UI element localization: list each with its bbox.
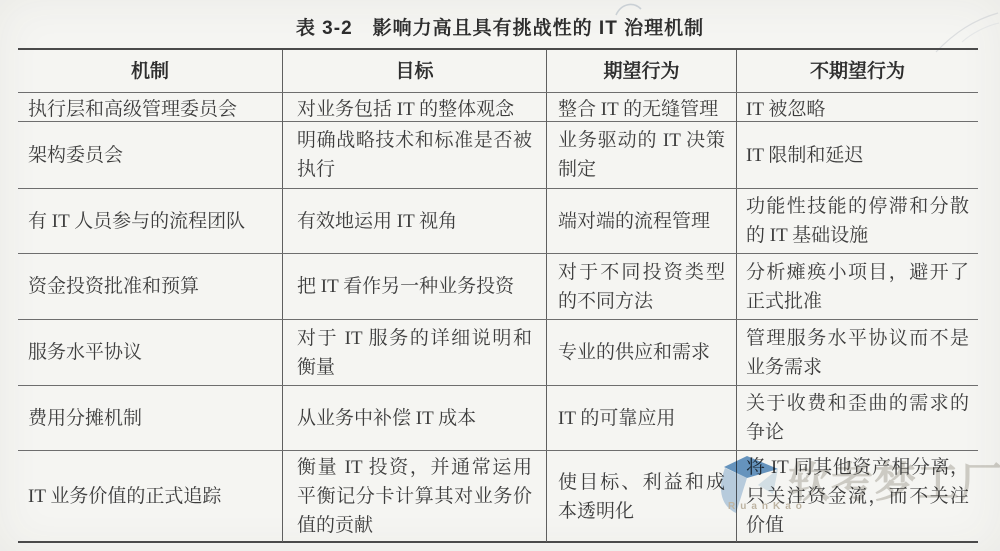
cell-undesired: 功能性技能的停滞和分散的 IT 基础设施 — [737, 189, 978, 253]
governance-mechanisms-table: 机制 目标 期望行为 不期望行为 执行层和高级管理委员会 对业务包括 IT 的整… — [18, 48, 978, 543]
table-row: IT 业务价值的正式追踪 衡量 IT 投资，并通常运用平衡记分卡计算其对业务价值… — [18, 451, 978, 541]
table-row: 有 IT 人员参与的流程团队 有效地运用 IT 视角 端对端的流程管理 功能性技… — [18, 189, 978, 254]
table-row: 费用分摊机制 从业务中补偿 IT 成本 IT 的可靠应用 关于收费和歪曲的需求的… — [18, 386, 978, 451]
table-row: 资金投资批准和预算 把 IT 看作另一种业务投资 对于不同投资类型的不同方法 分… — [18, 254, 978, 320]
column-header-mechanism: 机制 — [18, 50, 283, 92]
cell-desired: 使目标、利益和成本透明化 — [547, 451, 737, 542]
column-header-goal: 目标 — [283, 50, 547, 92]
cell-goal: 衡量 IT 投资，并通常运用平衡记分卡计算其对业务价值的贡献 — [283, 451, 547, 542]
cell-mechanism: 费用分摊机制 — [18, 386, 283, 450]
cell-undesired: 关于收费和歪曲的需求的争论 — [737, 386, 978, 450]
cell-goal: 把 IT 看作另一种业务投资 — [283, 254, 547, 319]
cell-desired: 专业的供应和需求 — [547, 320, 737, 385]
cell-undesired: 分析瘫痪小项目，避开了正式批准 — [737, 254, 978, 319]
cell-desired: IT 的可靠应用 — [547, 386, 737, 450]
cell-goal: 对于 IT 服务的详细说明和衡量 — [283, 320, 547, 385]
cell-goal: 有效地运用 IT 视角 — [283, 189, 547, 253]
cell-goal: 明确战略技术和标准是否被执行 — [283, 122, 547, 188]
cell-desired: 端对端的流程管理 — [547, 189, 737, 253]
table-row: 执行层和高级管理委员会 对业务包括 IT 的整体观念 整合 IT 的无缝管理 I… — [18, 93, 978, 122]
table-row: 架构委员会 明确战略技术和标准是否被执行 业务驱动的 IT 决策制定 IT 限制… — [18, 122, 978, 189]
cell-mechanism: IT 业务价值的正式追踪 — [18, 451, 283, 542]
cell-desired: 对于不同投资类型的不同方法 — [547, 254, 737, 319]
table-header-row: 机制 目标 期望行为 不期望行为 — [18, 50, 978, 93]
scanned-book-page: 表 3-2 影响力高且具有挑战性的 IT 治理机制 机制 目标 期望行为 不期望… — [0, 0, 1000, 551]
cell-undesired: 将 IT 同其他资产相分离，只关注资金流，而不关注价值 — [737, 451, 978, 542]
column-header-desired-behavior: 期望行为 — [547, 50, 737, 92]
table-row: 服务水平协议 对于 IT 服务的详细说明和衡量 专业的供应和需求 管理服务水平协… — [18, 320, 978, 386]
column-header-undesired-behavior: 不期望行为 — [737, 50, 978, 92]
cell-goal: 从业务中补偿 IT 成本 — [283, 386, 547, 450]
cell-mechanism: 服务水平协议 — [18, 320, 283, 385]
cell-desired: 业务驱动的 IT 决策制定 — [547, 122, 737, 188]
cell-mechanism: 架构委员会 — [18, 122, 283, 188]
cell-mechanism: 资金投资批准和预算 — [18, 254, 283, 319]
table-caption: 表 3-2 影响力高且具有挑战性的 IT 治理机制 — [0, 13, 1000, 40]
cell-undesired: 管理服务水平协议而不是业务需求 — [737, 320, 978, 385]
cell-undesired: IT 限制和延迟 — [737, 122, 978, 188]
cell-mechanism: 有 IT 人员参与的流程团队 — [18, 189, 283, 253]
